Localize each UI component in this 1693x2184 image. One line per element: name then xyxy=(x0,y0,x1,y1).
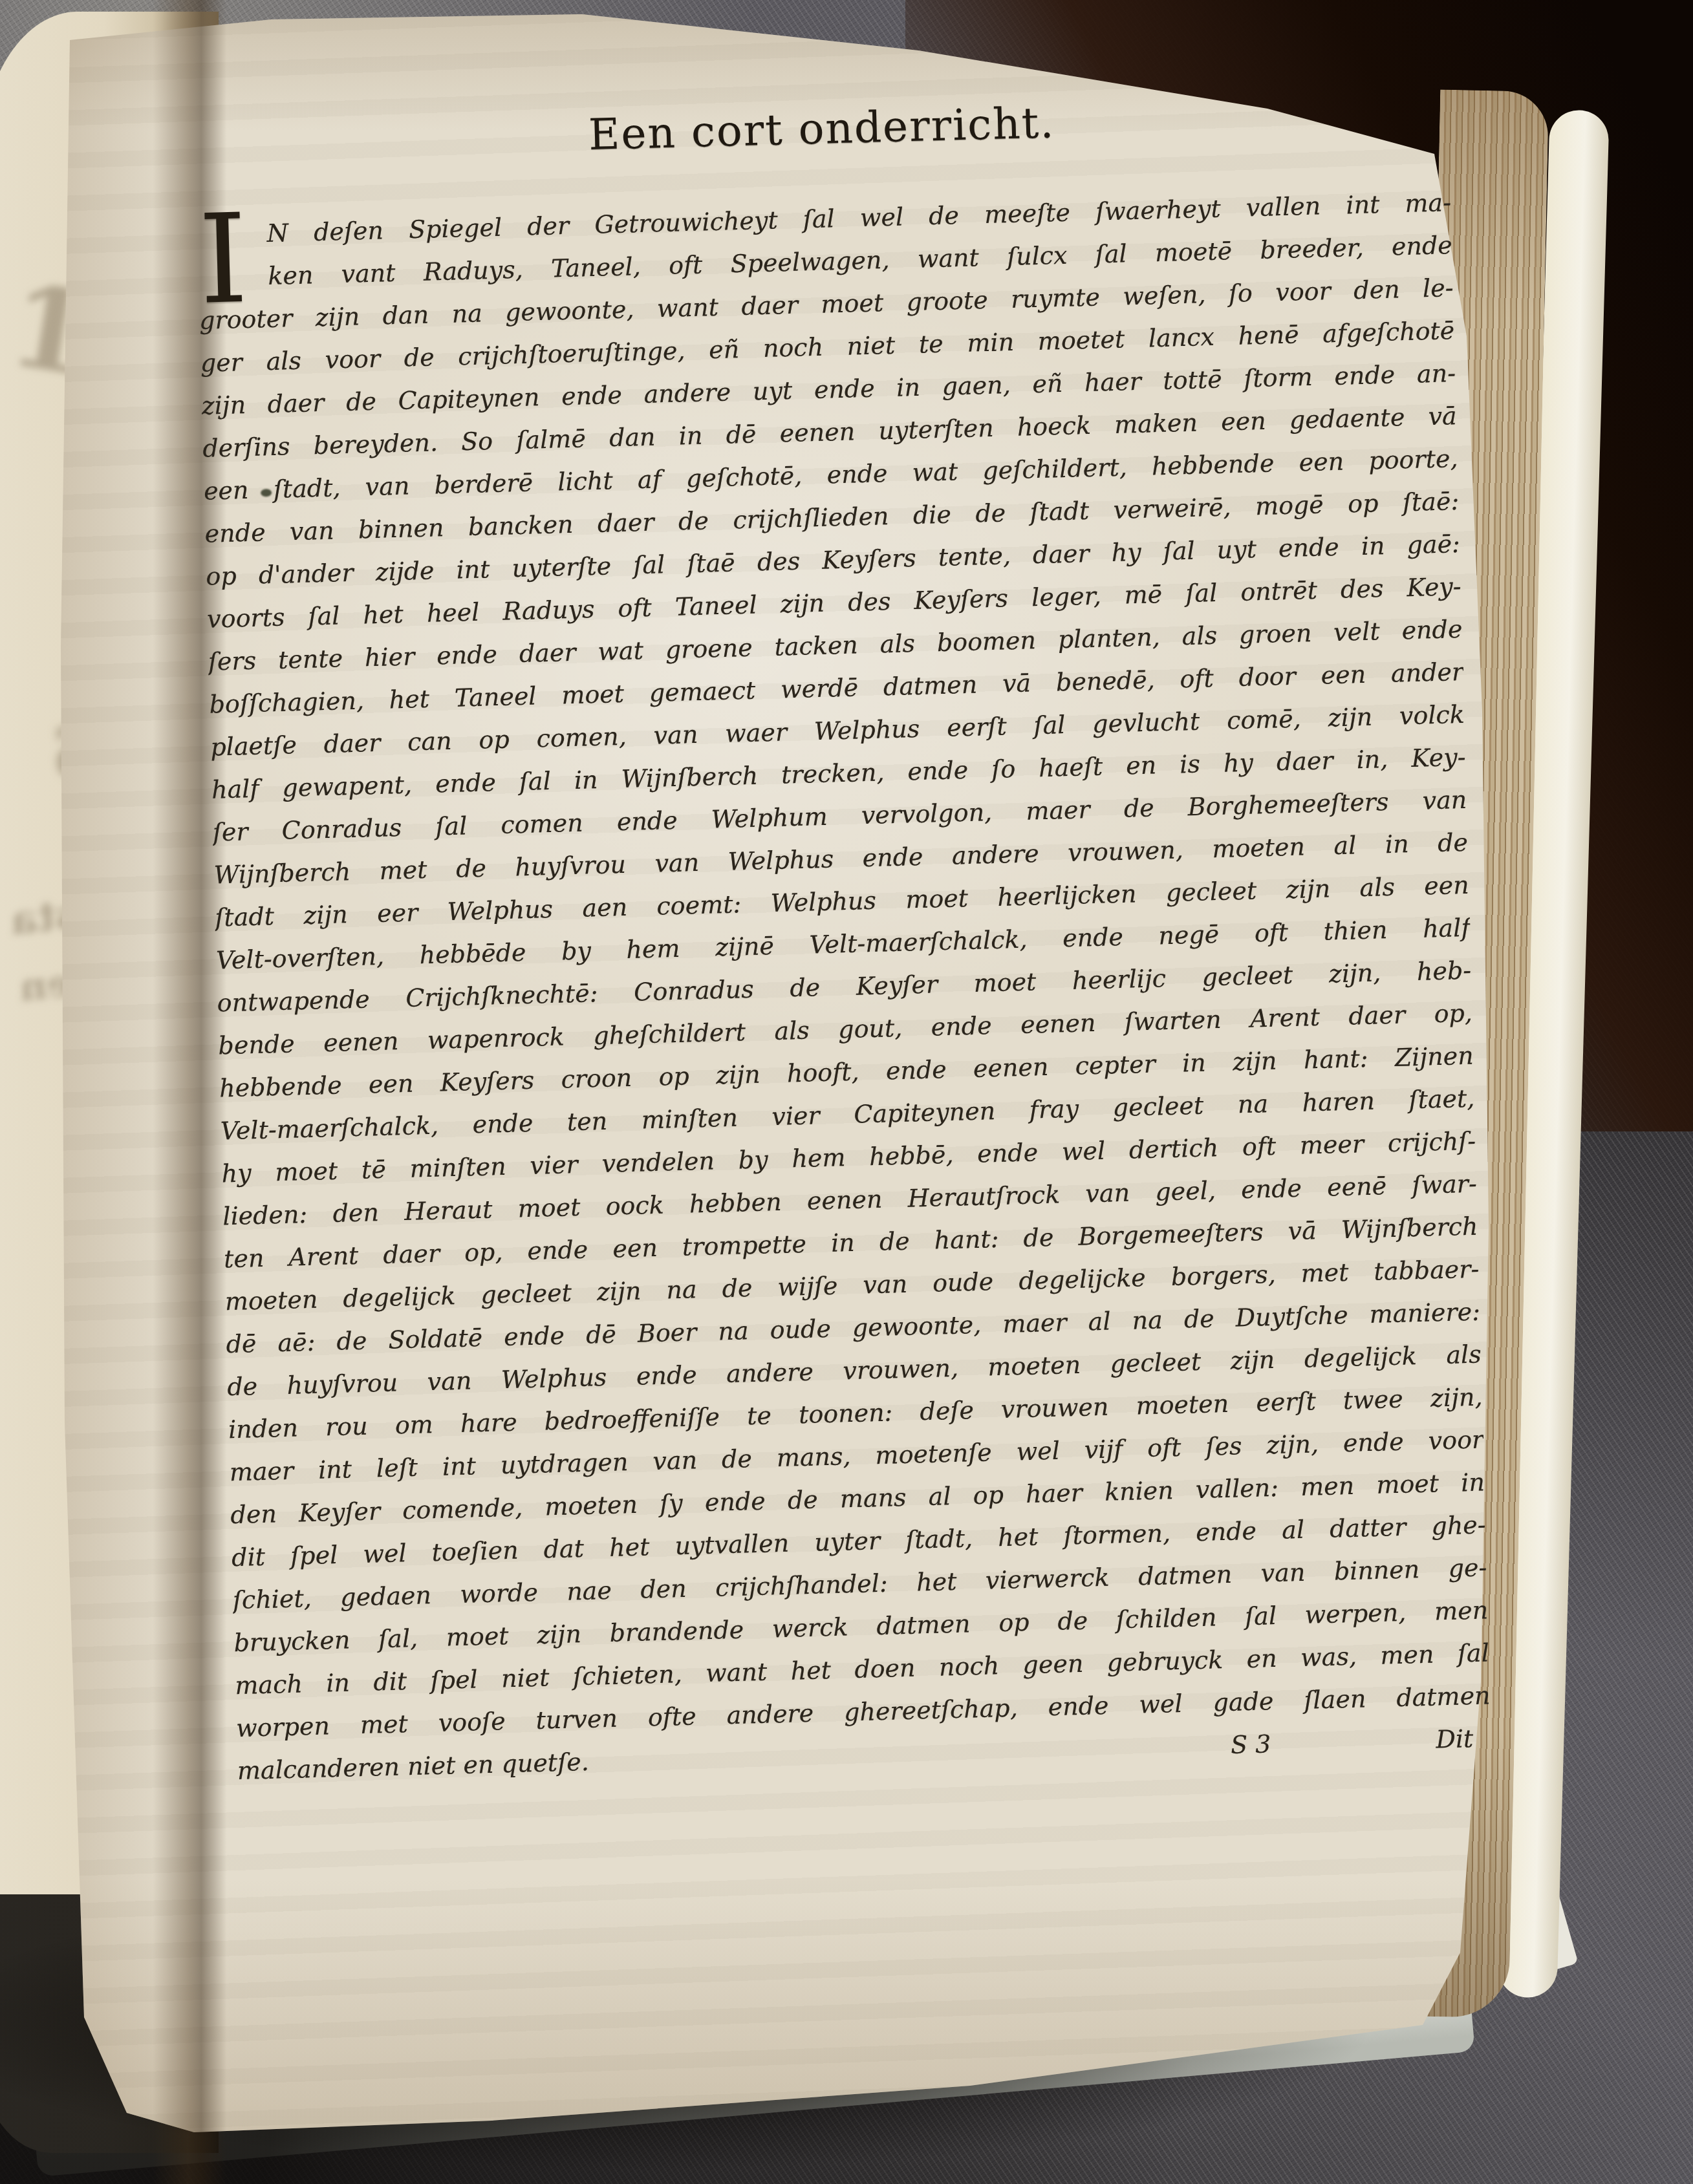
drop-cap-initial: I xyxy=(198,208,249,312)
signature-mark: S 3 xyxy=(1230,1722,1271,1766)
photo-of-book-page: 19 S resta ven Een cort onderricht. I N … xyxy=(0,0,1693,2184)
catchword: Dit xyxy=(1435,1717,1474,1761)
page-content: Een cort onderricht. I N deſen Spiegel d… xyxy=(194,87,1492,1792)
body-text: N deſen Spiegel der Getrouwicheyt ſal we… xyxy=(197,181,1492,1792)
